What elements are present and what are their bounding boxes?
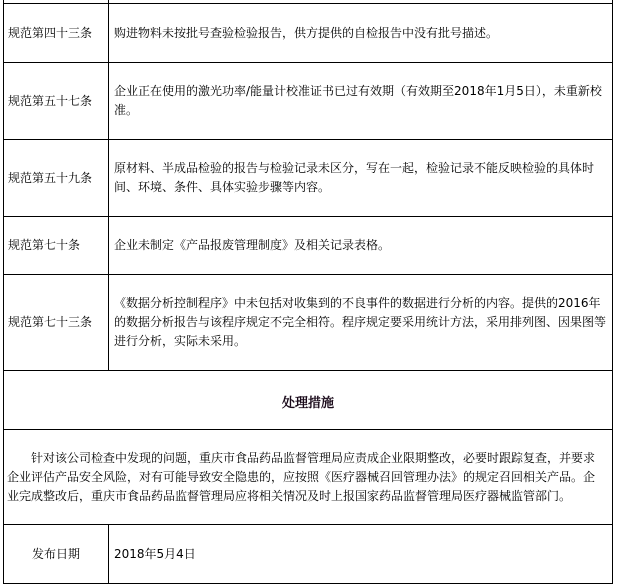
finding-description: 企业未制定《产品报废管理制度》及相关记录表格。 bbox=[109, 217, 613, 275]
clause-label: 规范第五十七条 bbox=[4, 63, 109, 140]
table-row: 规范第七十三条 《数据分析控制程序》中未包括对收集到的不良事件的数据进行分析的内… bbox=[4, 275, 613, 371]
measures-heading: 处理措施 bbox=[282, 396, 334, 411]
table-row: 规范第五十九条 原材料、半成品检验的报告与检验记录未区分，写在一起，检验记录不能… bbox=[4, 140, 613, 217]
clause-label: 规范第七十条 bbox=[4, 217, 109, 275]
measures-heading-row: 处理措施 bbox=[4, 371, 613, 430]
finding-description: 《数据分析控制程序》中未包括对收集到的不良事件的数据进行分析的内容。提供的201… bbox=[109, 275, 613, 371]
table-row: 规范第五十七条 企业正在使用的激光功率/能量计校准证书已过有效期（有效期至201… bbox=[4, 63, 613, 140]
inspection-findings-table: 规范第四十三条 购进物料未按批号查验检验报告，供方提供的自检报告中没有批号描述。… bbox=[3, 0, 613, 584]
publish-date-value: 2018年5月4日 bbox=[109, 525, 613, 584]
measures-heading-cell: 处理措施 bbox=[4, 371, 613, 430]
publish-date-label: 发布日期 bbox=[4, 525, 109, 584]
finding-description: 原材料、半成品检验的报告与检验记录未区分，写在一起，检验记录不能反映检验的具体时… bbox=[109, 140, 613, 217]
measures-paragraph-row: 针对该公司检查中发现的问题，重庆市食品药品监督管理局应责成企业限期整改，必要时跟… bbox=[4, 430, 613, 525]
publish-date-row: 发布日期 2018年5月4日 bbox=[4, 525, 613, 584]
clause-label: 规范第四十三条 bbox=[4, 4, 109, 63]
finding-description: 企业正在使用的激光功率/能量计校准证书已过有效期（有效期至2018年1月5日），… bbox=[109, 63, 613, 140]
table-row: 规范第四十三条 购进物料未按批号查验检验报告，供方提供的自检报告中没有批号描述。 bbox=[4, 4, 613, 63]
finding-description: 购进物料未按批号查验检验报告，供方提供的自检报告中没有批号描述。 bbox=[109, 4, 613, 63]
clause-label: 规范第五十九条 bbox=[4, 140, 109, 217]
measures-paragraph: 针对该公司检查中发现的问题，重庆市食品药品监督管理局应责成企业限期整改，必要时跟… bbox=[4, 430, 613, 525]
table-row: 规范第七十条 企业未制定《产品报废管理制度》及相关记录表格。 bbox=[4, 217, 613, 275]
clause-label: 规范第七十三条 bbox=[4, 275, 109, 371]
